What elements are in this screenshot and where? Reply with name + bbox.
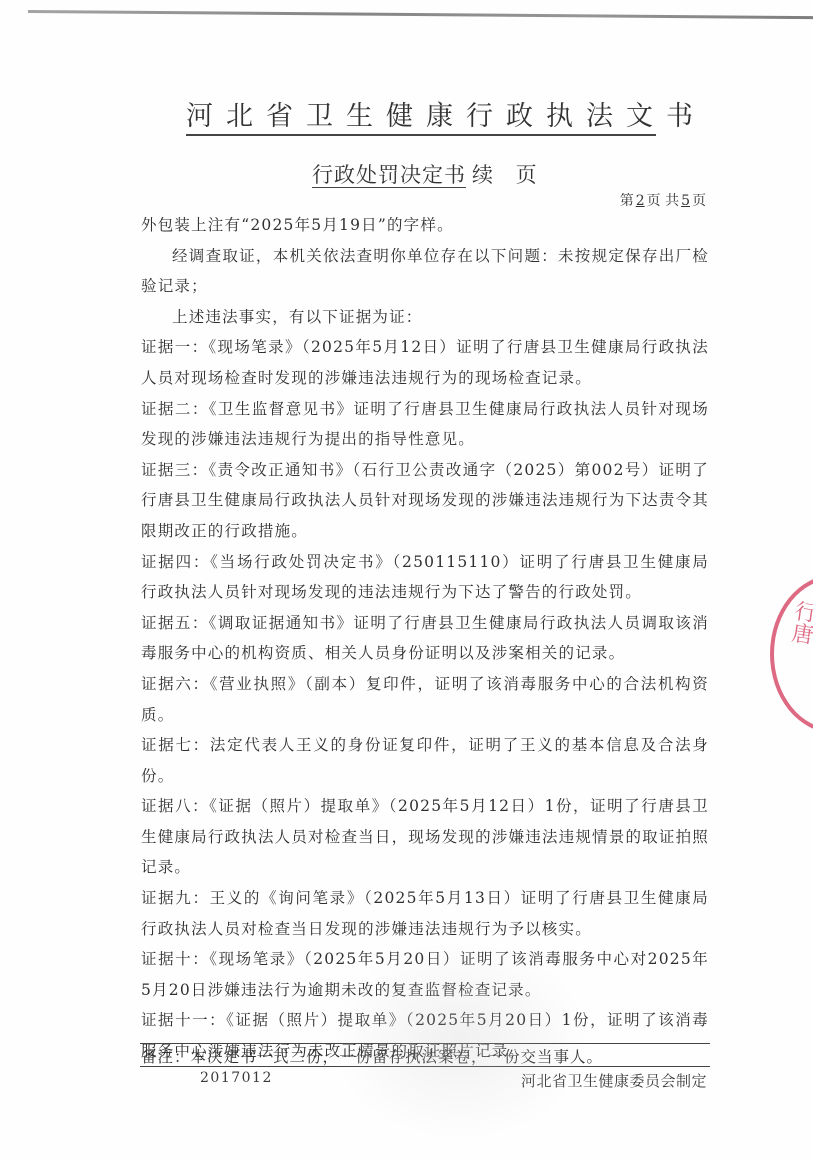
paragraph: 外包装上注有“2025年5月19日”的字样。 xyxy=(141,210,709,241)
sub-title-suffix: 续 页 xyxy=(472,163,545,187)
page-number: 第2页 共5页 xyxy=(620,190,706,210)
evidence-item: 证据五：《调取证据通知书》证明了行唐县卫生健康局行政执法人员调取该消毒服务中心的… xyxy=(141,608,709,669)
evidence-item: 证据四：《当场行政处罚决定书》（250115110）证明了行唐县卫生健康局行政执… xyxy=(141,547,709,608)
scan-edge-line xyxy=(28,10,813,19)
paragraph: 上述违法事实，有以下证据为证： xyxy=(141,302,709,333)
page-total: 5 xyxy=(681,193,690,209)
issuer-label: 河北省卫生健康委员会制定 xyxy=(521,1070,707,1091)
document-header-title: 河北省卫生健康行政执法文书 xyxy=(186,100,656,136)
page-current: 2 xyxy=(636,193,645,209)
paragraph: 经调查取证，本机关依法查明你单位存在以下问题：未按规定保存出厂检验记录； xyxy=(141,241,709,302)
page-label-prefix: 第 xyxy=(620,193,634,209)
evidence-item: 证据三：《责令改正通知书》（石行卫公责改通字（2025）第002号）证明了行唐县… xyxy=(141,455,709,547)
page-label-suffix: 页 xyxy=(692,193,706,209)
evidence-item: 证据九：王义的《询问笔录》（2025年5月13日）证明了行唐县卫生健康局行政执法… xyxy=(141,883,709,944)
evidence-item: 证据八：《证据（照片）提取单》（2025年5月12日）1份，证明了行唐县卫生健康… xyxy=(141,791,709,883)
evidence-item: 证据十：《现场笔录》（2025年5月20日）证明了该消毒服务中心对2025年5月… xyxy=(141,944,709,1005)
document-body: 外包装上注有“2025年5月19日”的字样。 经调查取证，本机关依法查明你单位存… xyxy=(141,210,709,1067)
evidence-item: 证据六：《营业执照》（副本）复印件，证明了该消毒服务中心的合法机构资质。 xyxy=(141,669,709,730)
sub-title-main: 行政处罚决定书 xyxy=(312,163,466,188)
page-label-mid: 页 共 xyxy=(647,193,679,209)
evidence-item: 证据七：法定代表人王义的身份证复印件，证明了王义的基本信息及合法身份。 xyxy=(141,730,709,791)
note-bottom-rule xyxy=(140,1066,710,1067)
document-sub-title: 行政处罚决定书续 页 xyxy=(312,160,545,190)
evidence-item: 证据二：《卫生监督意见书》证明了行唐县卫生健康局行政执法人员针对现场发现的涉嫌违… xyxy=(141,394,709,455)
evidence-item: 证据一：《现场笔录》（2025年5月12日）证明了行唐县卫生健康局行政执法人员对… xyxy=(141,332,709,393)
seal-stamp-text: 行唐 xyxy=(779,597,813,646)
note-top-rule xyxy=(140,1043,710,1044)
form-code: 2017012 xyxy=(200,1070,273,1086)
footer-note: 备注：本决定书一式二份，一份留存执法案卷，一份交当事人。 xyxy=(141,1045,603,1067)
